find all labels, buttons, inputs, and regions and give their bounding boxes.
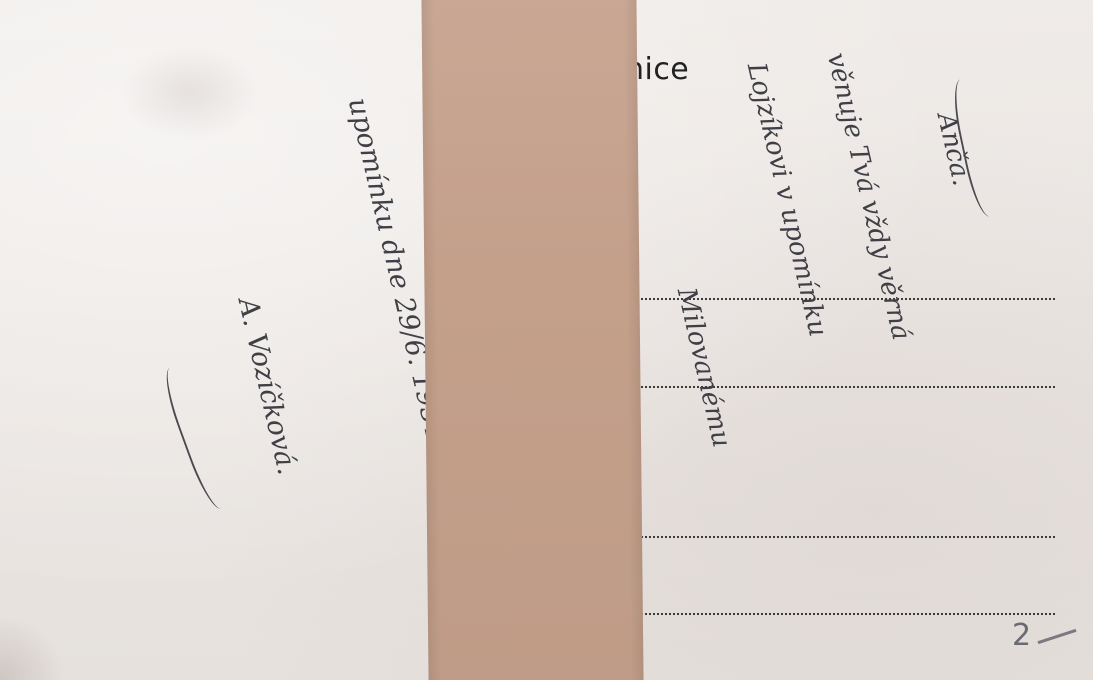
pen-stroke (1038, 629, 1077, 644)
stamp-mark (120, 45, 260, 140)
signature-flourish (158, 361, 239, 513)
stain (0, 620, 70, 680)
adhesive-tape-strip (421, 0, 643, 680)
address-line (630, 536, 1055, 538)
signature-line: A. Vozíčková. (232, 295, 303, 478)
address-line (630, 613, 1055, 615)
postcard-back: isnice Milovanému Lojzíkovi v upomínku v… (0, 0, 1093, 680)
page-mark: 2 (1012, 618, 1077, 653)
message-line: Milovanému (671, 285, 737, 450)
page-number: 2 (1012, 618, 1031, 653)
